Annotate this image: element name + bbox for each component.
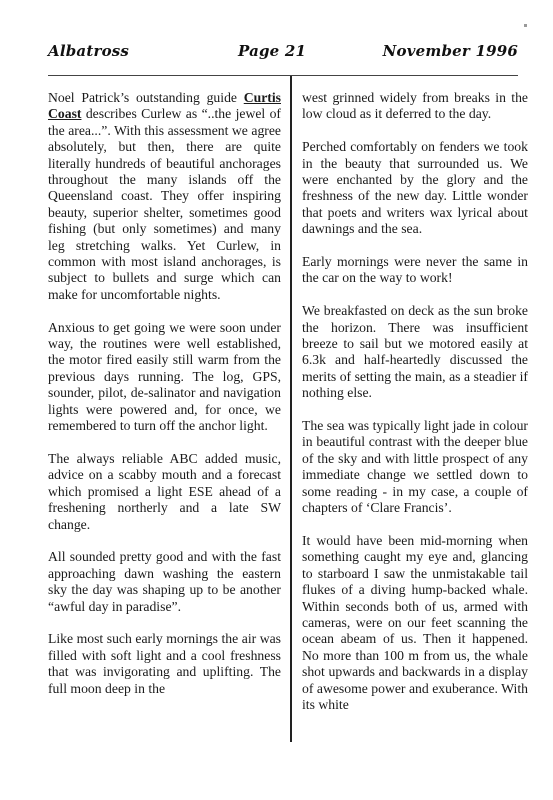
paragraph-text: Noel Patrick’s outstanding guide <box>48 90 244 105</box>
left-column: Noel Patrick’s outstanding guide Curtis … <box>48 90 281 697</box>
paragraph: Noel Patrick’s outstanding guide Curtis … <box>48 90 281 303</box>
column-divider <box>290 76 292 742</box>
paragraph: All sounded pretty good and with the fas… <box>48 549 281 615</box>
paragraph: Like most such early mornings the air wa… <box>48 631 281 697</box>
paragraph: It would have been mid-morning when some… <box>302 533 528 713</box>
scan-speck <box>524 24 527 27</box>
paragraph: west grinned widely from breaks in the l… <box>302 90 528 123</box>
page-number: Page 21 <box>238 42 306 60</box>
paragraph-text: describes Curlew as “..the jewel of the … <box>48 106 281 301</box>
paragraph: Anxious to get going we were soon under … <box>48 320 281 435</box>
paragraph: The sea was typically light jade in colo… <box>302 418 528 516</box>
right-column: west grinned widely from breaks in the l… <box>302 90 528 713</box>
paragraph: We breakfasted on deck as the sun broke … <box>302 303 528 401</box>
paragraph: Early mornings were never the same in th… <box>302 254 528 287</box>
publication-name: Albatross <box>48 42 129 60</box>
issue-date: November 1996 <box>383 42 518 60</box>
paragraph: The always reliable ABC added music, adv… <box>48 451 281 533</box>
page-header: Albatross Page 21 November 1996 <box>48 42 518 66</box>
paragraph: Perched comfortably on fenders we took i… <box>302 139 528 237</box>
header-rule <box>48 75 518 76</box>
